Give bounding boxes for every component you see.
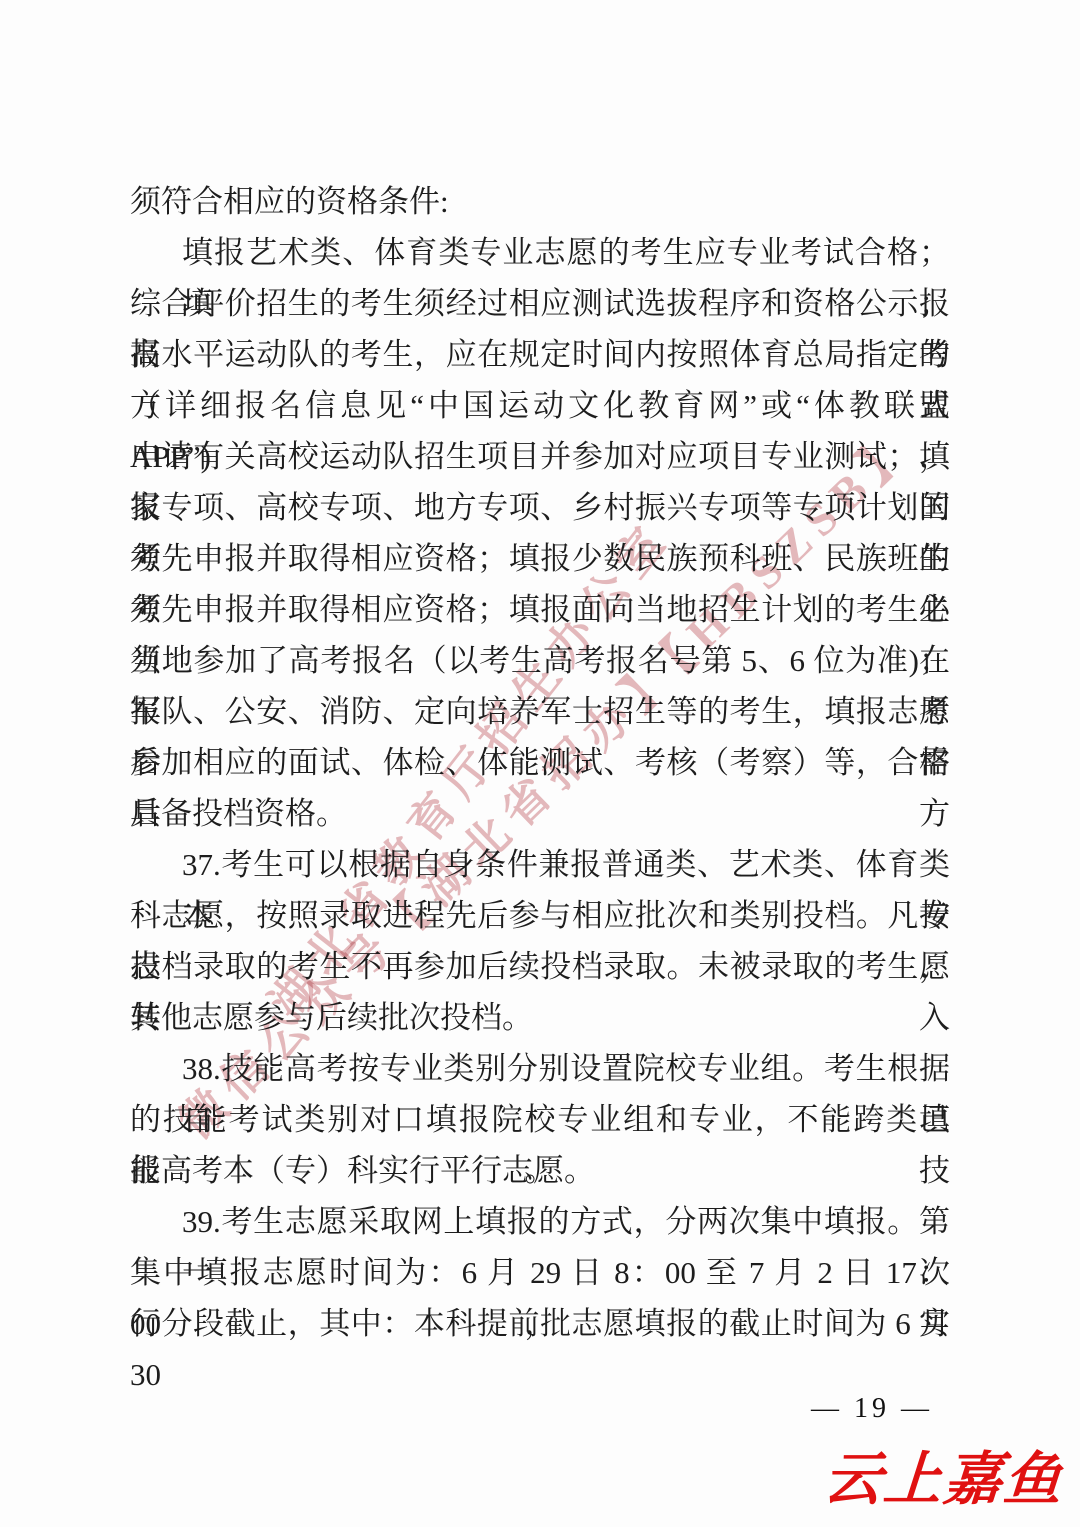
text-line: 集中填报志愿时间为：6 月 29 日 8：00 至 7 月 2 日 17：00，… — [130, 1247, 950, 1298]
text-line: （详细报名信息见“中国运动文化教育网”或“体教联盟 APP”)， — [130, 380, 950, 431]
text-line: 38.技能高考按专业类别分别设置院校专业组。考生根据自己 — [130, 1043, 950, 1094]
text-line: 军队、公安、消防、定向培养军士招生等的考生，填报志愿后需 — [130, 686, 950, 737]
page-number: — 19 — — [811, 1393, 933, 1425]
text-line: 综合评价招生的考生须经过相应测试选拔程序和资格公示；报考 — [130, 278, 950, 329]
text-line: 家专项、高校专项、地方专项、乡村振兴专项等专项计划的考生 — [130, 482, 950, 533]
text-line: 37.考生可以根据自身条件兼报普通类、艺术类、体育类本专 — [130, 839, 950, 890]
text-line: 须先申报并取得相应资格；填报少数民族预科班、民族班的考生 — [130, 533, 950, 584]
text-line: 投档录取的考生不再参加后续投档录取。未被录取的考生，转入 — [130, 941, 950, 992]
document-page: 湖北省教育厅招生办公室 微信公众号【湖北省招办】【HBSZSB】 须符合相应的资… — [0, 0, 1080, 1527]
document-body: 须符合相应的资格条件:填报艺术类、体育类专业志愿的考生应专业考试合格；填报综合评… — [130, 176, 950, 1349]
text-line: 39.考生志愿采取网上填报的方式，分两次集中填报。第一次 — [130, 1196, 950, 1247]
text-line: 须先申报并取得相应资格；填报面向当地招生计划的考生必须在 — [130, 584, 950, 635]
text-line: 参加相应的面试、体检、体能测试、考核（考察）等，合格后方 — [130, 737, 950, 788]
text-line: 高水平运动队的考生，应在规定时间内按照体育总局指定的方式 — [130, 329, 950, 380]
text-line: 填报艺术类、体育类专业志愿的考生应专业考试合格；填报 — [130, 227, 950, 278]
text-line: 当地参加了高考报名（以考生高考报名号第 5、6 位为准)；报考 — [130, 635, 950, 686]
text-line: 申请有关高校运动队招生项目并参加对应项目专业测试；填报国 — [130, 431, 950, 482]
text-line: 行分段截止，其中：本科提前批志愿填报的截止时间为 6 月 30 — [130, 1298, 950, 1349]
text-line: 科志愿，按照录取进程先后参与相应批次和类别投档。凡按志愿 — [130, 890, 950, 941]
text-line: 须符合相应的资格条件: — [130, 176, 950, 227]
text-line: 的技能考试类别对口填报院校专业组和专业，不能跨类填报。技 — [130, 1094, 950, 1145]
site-logo-yunshangjiayu: 云上嘉鱼 — [821, 1432, 1067, 1516]
